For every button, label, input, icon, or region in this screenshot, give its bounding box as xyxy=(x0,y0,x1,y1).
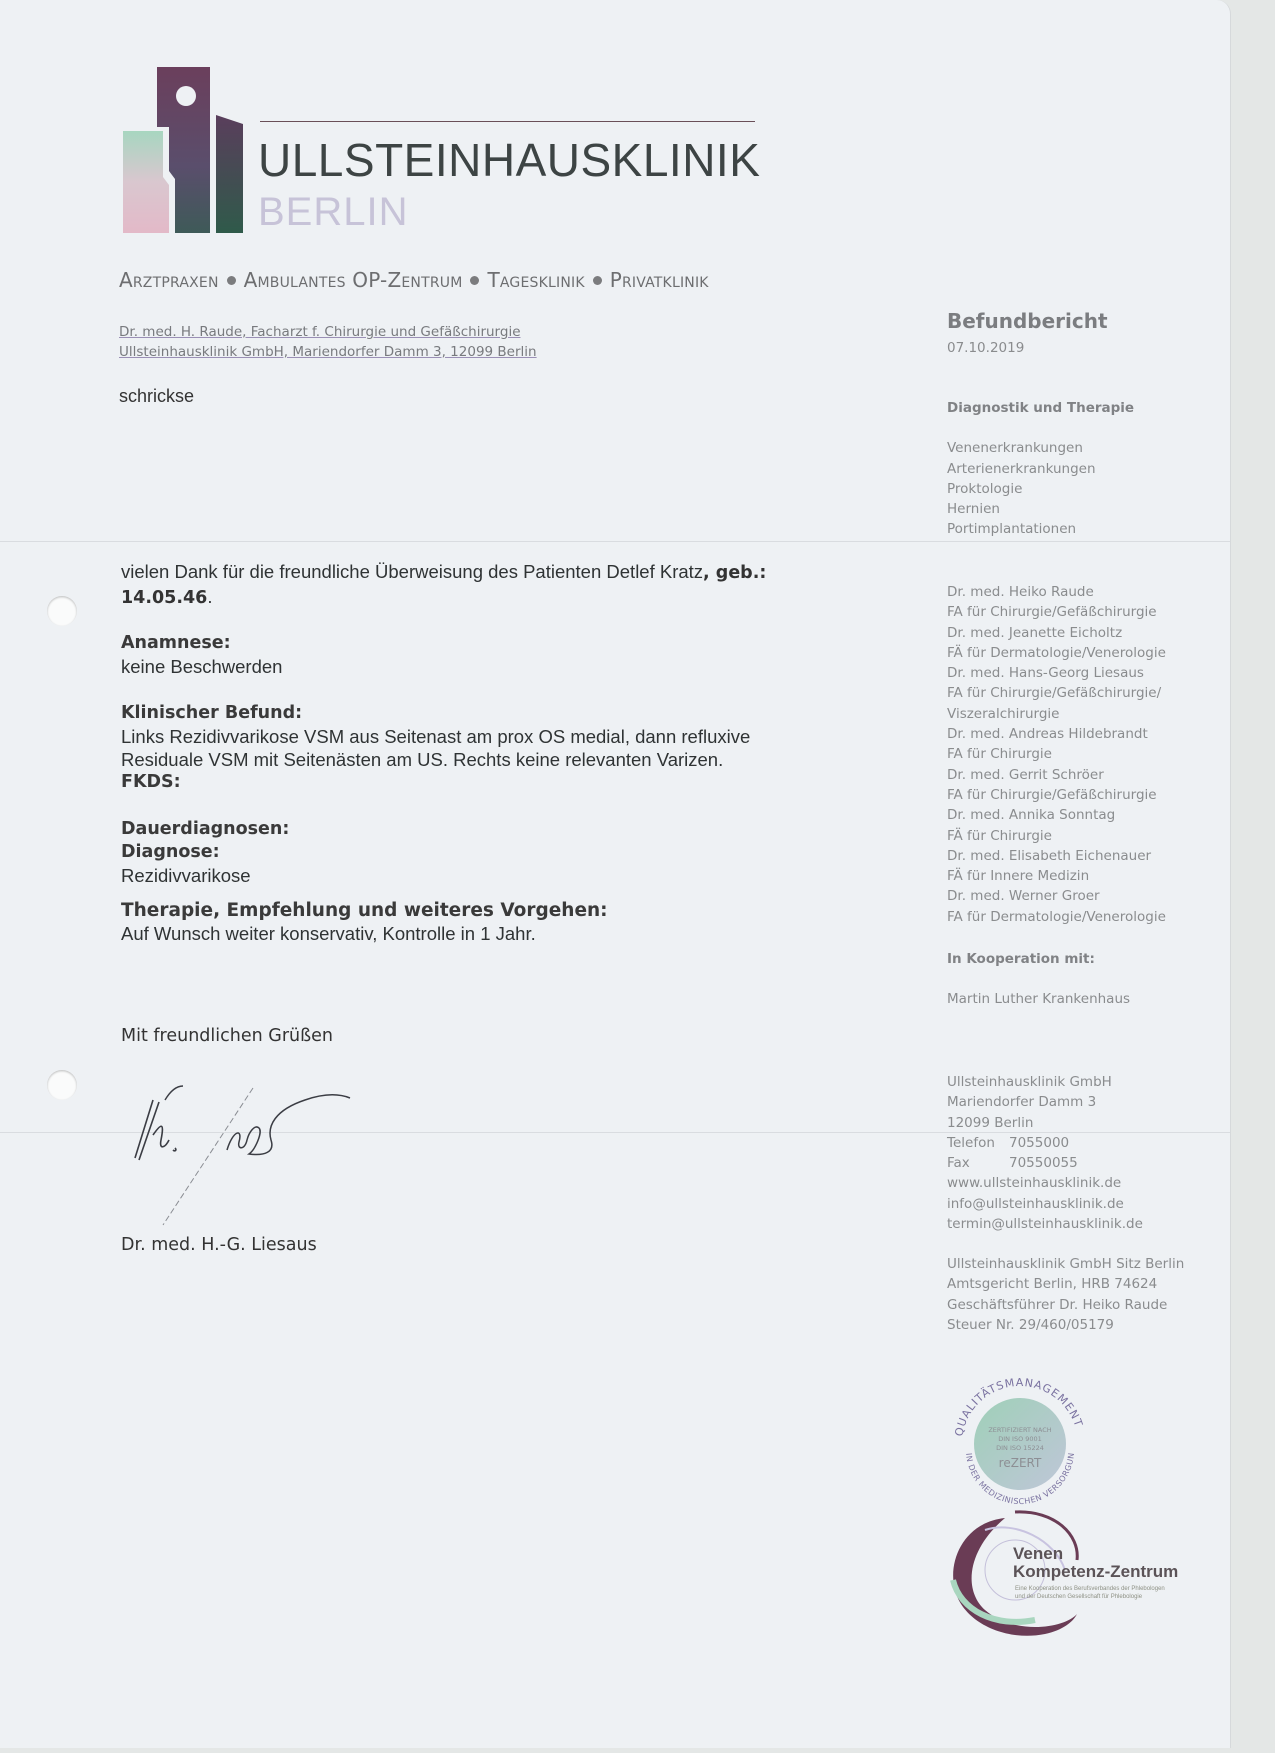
diagnostics-item: Hernien xyxy=(947,499,1134,519)
diagnostics-heading: Diagnostik und Therapie xyxy=(947,398,1134,418)
diagnostics-section: Diagnostik und Therapie Venenerkrankunge… xyxy=(947,398,1134,540)
document-date: 07.10.2019 xyxy=(947,338,1024,358)
doctor-line: FA für Chirurgie/Gefäßchirurgie xyxy=(947,785,1166,805)
therapie-heading: Therapie, Empfehlung und weiteres Vorgeh… xyxy=(121,899,841,922)
diagnostics-item: Proktologie xyxy=(947,479,1134,499)
paper-fold xyxy=(0,541,1230,542)
service-item: Tagesklinik xyxy=(487,268,584,292)
brand-divider xyxy=(260,121,755,122)
diagnostics-item: Arterienerkrankungen xyxy=(947,459,1134,479)
brand-name: ULLSTEINHAUSKLINIK xyxy=(258,133,760,187)
services-line: ArztpraxenAmbulantes OP-ZentrumTagesklin… xyxy=(119,268,709,292)
recipient: schrickse xyxy=(119,386,194,407)
sender-address: Dr. med. H. Raude, Facharzt f. Chirurgie… xyxy=(119,322,537,362)
legal-line: Ullsteinhausklinik GmbH Sitz Berlin xyxy=(947,1254,1184,1274)
doctor-line: FA für Chirurgie/Gefäßchirurgie/ xyxy=(947,683,1166,703)
doctor-line: FA für Chirurgie/Gefäßchirurgie xyxy=(947,602,1166,622)
clinic-logo-icon xyxy=(123,67,243,233)
birth-date: 14.05.46 xyxy=(121,588,207,608)
service-item: Arztpraxen xyxy=(119,268,219,292)
doctor-line: Dr. med. Hans-Georg Liesaus xyxy=(947,663,1166,683)
cooperation-heading: In Kooperation mit: xyxy=(947,949,1130,969)
venen-logo-title: Venen xyxy=(1013,1544,1063,1564)
quality-seal-icon: QUALITÄTSMANAGEMENT IN DER MEDIZINISCHEN… xyxy=(944,1368,1096,1520)
anamnese-text: keine Beschwerden xyxy=(121,655,841,678)
doctor-line: Dr. med. Gerrit Schröer xyxy=(947,765,1166,785)
address-street: Mariendorfer Damm 3 xyxy=(947,1092,1143,1112)
cooperation-partner: Martin Luther Krankenhaus xyxy=(947,989,1130,1009)
address-city: 12099 Berlin xyxy=(947,1113,1143,1133)
signature-icon xyxy=(125,1080,385,1230)
sender-line: Ullsteinhausklinik GmbH, Mariendorfer Da… xyxy=(119,342,537,362)
cooperation-section: In Kooperation mit: Martin Luther Kranke… xyxy=(947,949,1130,1010)
diagnose-heading: Diagnose: xyxy=(121,841,841,864)
email-termin-link[interactable]: termin@ullsteinhausklinik.de xyxy=(947,1214,1143,1234)
doctor-line: FÄ für Chirurgie xyxy=(947,826,1166,846)
dauerdiagnosen-heading: Dauerdiagnosen: xyxy=(121,818,841,841)
venen-logo-subtitle: Eine Kooperation des Berufsverbandes der… xyxy=(1015,1585,1165,1601)
bullet-icon xyxy=(593,276,602,285)
signer-name: Dr. med. H.-G. Liesaus xyxy=(121,1235,317,1255)
sender-line: Dr. med. H. Raude, Facharzt f. Chirurgie… xyxy=(119,322,537,342)
diagnostics-item: Venenerkrankungen xyxy=(947,438,1134,458)
bullet-icon xyxy=(470,276,479,285)
document-title: Befundbericht xyxy=(947,309,1108,333)
doctor-line: FA für Chirurgie xyxy=(947,744,1166,764)
doctor-line: Dr. med. Jeanette Eicholtz xyxy=(947,623,1166,643)
doctor-line: Dr. med. Heiko Raude xyxy=(947,582,1166,602)
svg-text:DIN ISO 9001: DIN ISO 9001 xyxy=(998,1435,1042,1443)
address-company: Ullsteinhausklinik GmbH xyxy=(947,1072,1143,1092)
legal-line: Steuer Nr. 29/460/05179 xyxy=(947,1315,1184,1335)
punch-hole xyxy=(47,1070,77,1100)
doctor-line: Viszeralchirurgie xyxy=(947,704,1166,724)
fax-line: Fax70550055 xyxy=(947,1153,1143,1173)
doctors-list: Dr. med. Heiko Raude FA für Chirurgie/Ge… xyxy=(947,582,1166,927)
anamnese-heading: Anamnese: xyxy=(121,632,841,655)
contact-block: Ullsteinhausklinik GmbH Mariendorfer Dam… xyxy=(947,1072,1143,1234)
legal-line: Amtsgericht Berlin, HRB 74624 xyxy=(947,1274,1184,1294)
doctor-line: Dr. med. Andreas Hildebrandt xyxy=(947,724,1166,744)
befund-heading: Klinischer Befund: xyxy=(121,702,841,725)
letter-page: ULLSTEINHAUSKLINIK BERLIN ArztpraxenAmbu… xyxy=(0,0,1231,1748)
punch-hole xyxy=(47,596,77,626)
diagnose-text: Rezidivvarikose xyxy=(121,864,841,887)
email-info-link[interactable]: info@ullsteinhausklinik.de xyxy=(947,1194,1143,1214)
service-item: Privatklinik xyxy=(610,268,709,292)
therapie-text: Auf Wunsch weiter konservativ, Kontrolle… xyxy=(121,922,841,945)
doctor-line: FÄ für Dermatologie/Venerologie xyxy=(947,643,1166,663)
doctor-line: Dr. med. Werner Groer xyxy=(947,886,1166,906)
doctor-line: Dr. med. Elisabeth Eichenauer xyxy=(947,846,1166,866)
befund-text: Links Rezidivvarikose VSM aus Seitenast … xyxy=(121,725,821,771)
svg-text:DIN ISO 15224: DIN ISO 15224 xyxy=(996,1444,1044,1452)
closing-greeting: Mit freundlichen Grüßen xyxy=(121,1026,333,1046)
doctor-line: FA für Dermatologie/Venerologie xyxy=(947,907,1166,927)
svg-text:ZERTIFIZIERT NACH: ZERTIFIZIERT NACH xyxy=(988,1426,1051,1434)
phone-line: Telefon7055000 xyxy=(947,1133,1143,1153)
svg-text:reZERT: reZERT xyxy=(999,1456,1042,1470)
fkds-heading: FKDS: xyxy=(121,771,841,794)
diagnostics-item: Portimplantationen xyxy=(947,519,1134,539)
venen-logo-title: Kompetenz-Zentrum xyxy=(1013,1562,1178,1582)
brand-city: BERLIN xyxy=(258,190,409,235)
legal-block: Ullsteinhausklinik GmbH Sitz Berlin Amts… xyxy=(947,1254,1184,1335)
service-item: Ambulantes OP-Zentrum xyxy=(244,268,463,292)
doctor-line: FÄ für Innere Medizin xyxy=(947,866,1166,886)
letter-body: vielen Dank für die freundliche Überweis… xyxy=(121,560,841,945)
doctor-line: Dr. med. Annika Sonntag xyxy=(947,805,1166,825)
website-link[interactable]: www.ullsteinhausklinik.de xyxy=(947,1173,1143,1193)
legal-line: Geschäftsführer Dr. Heiko Raude xyxy=(947,1295,1184,1315)
bullet-icon xyxy=(227,276,236,285)
intro-paragraph: vielen Dank für die freundliche Überweis… xyxy=(121,560,841,610)
